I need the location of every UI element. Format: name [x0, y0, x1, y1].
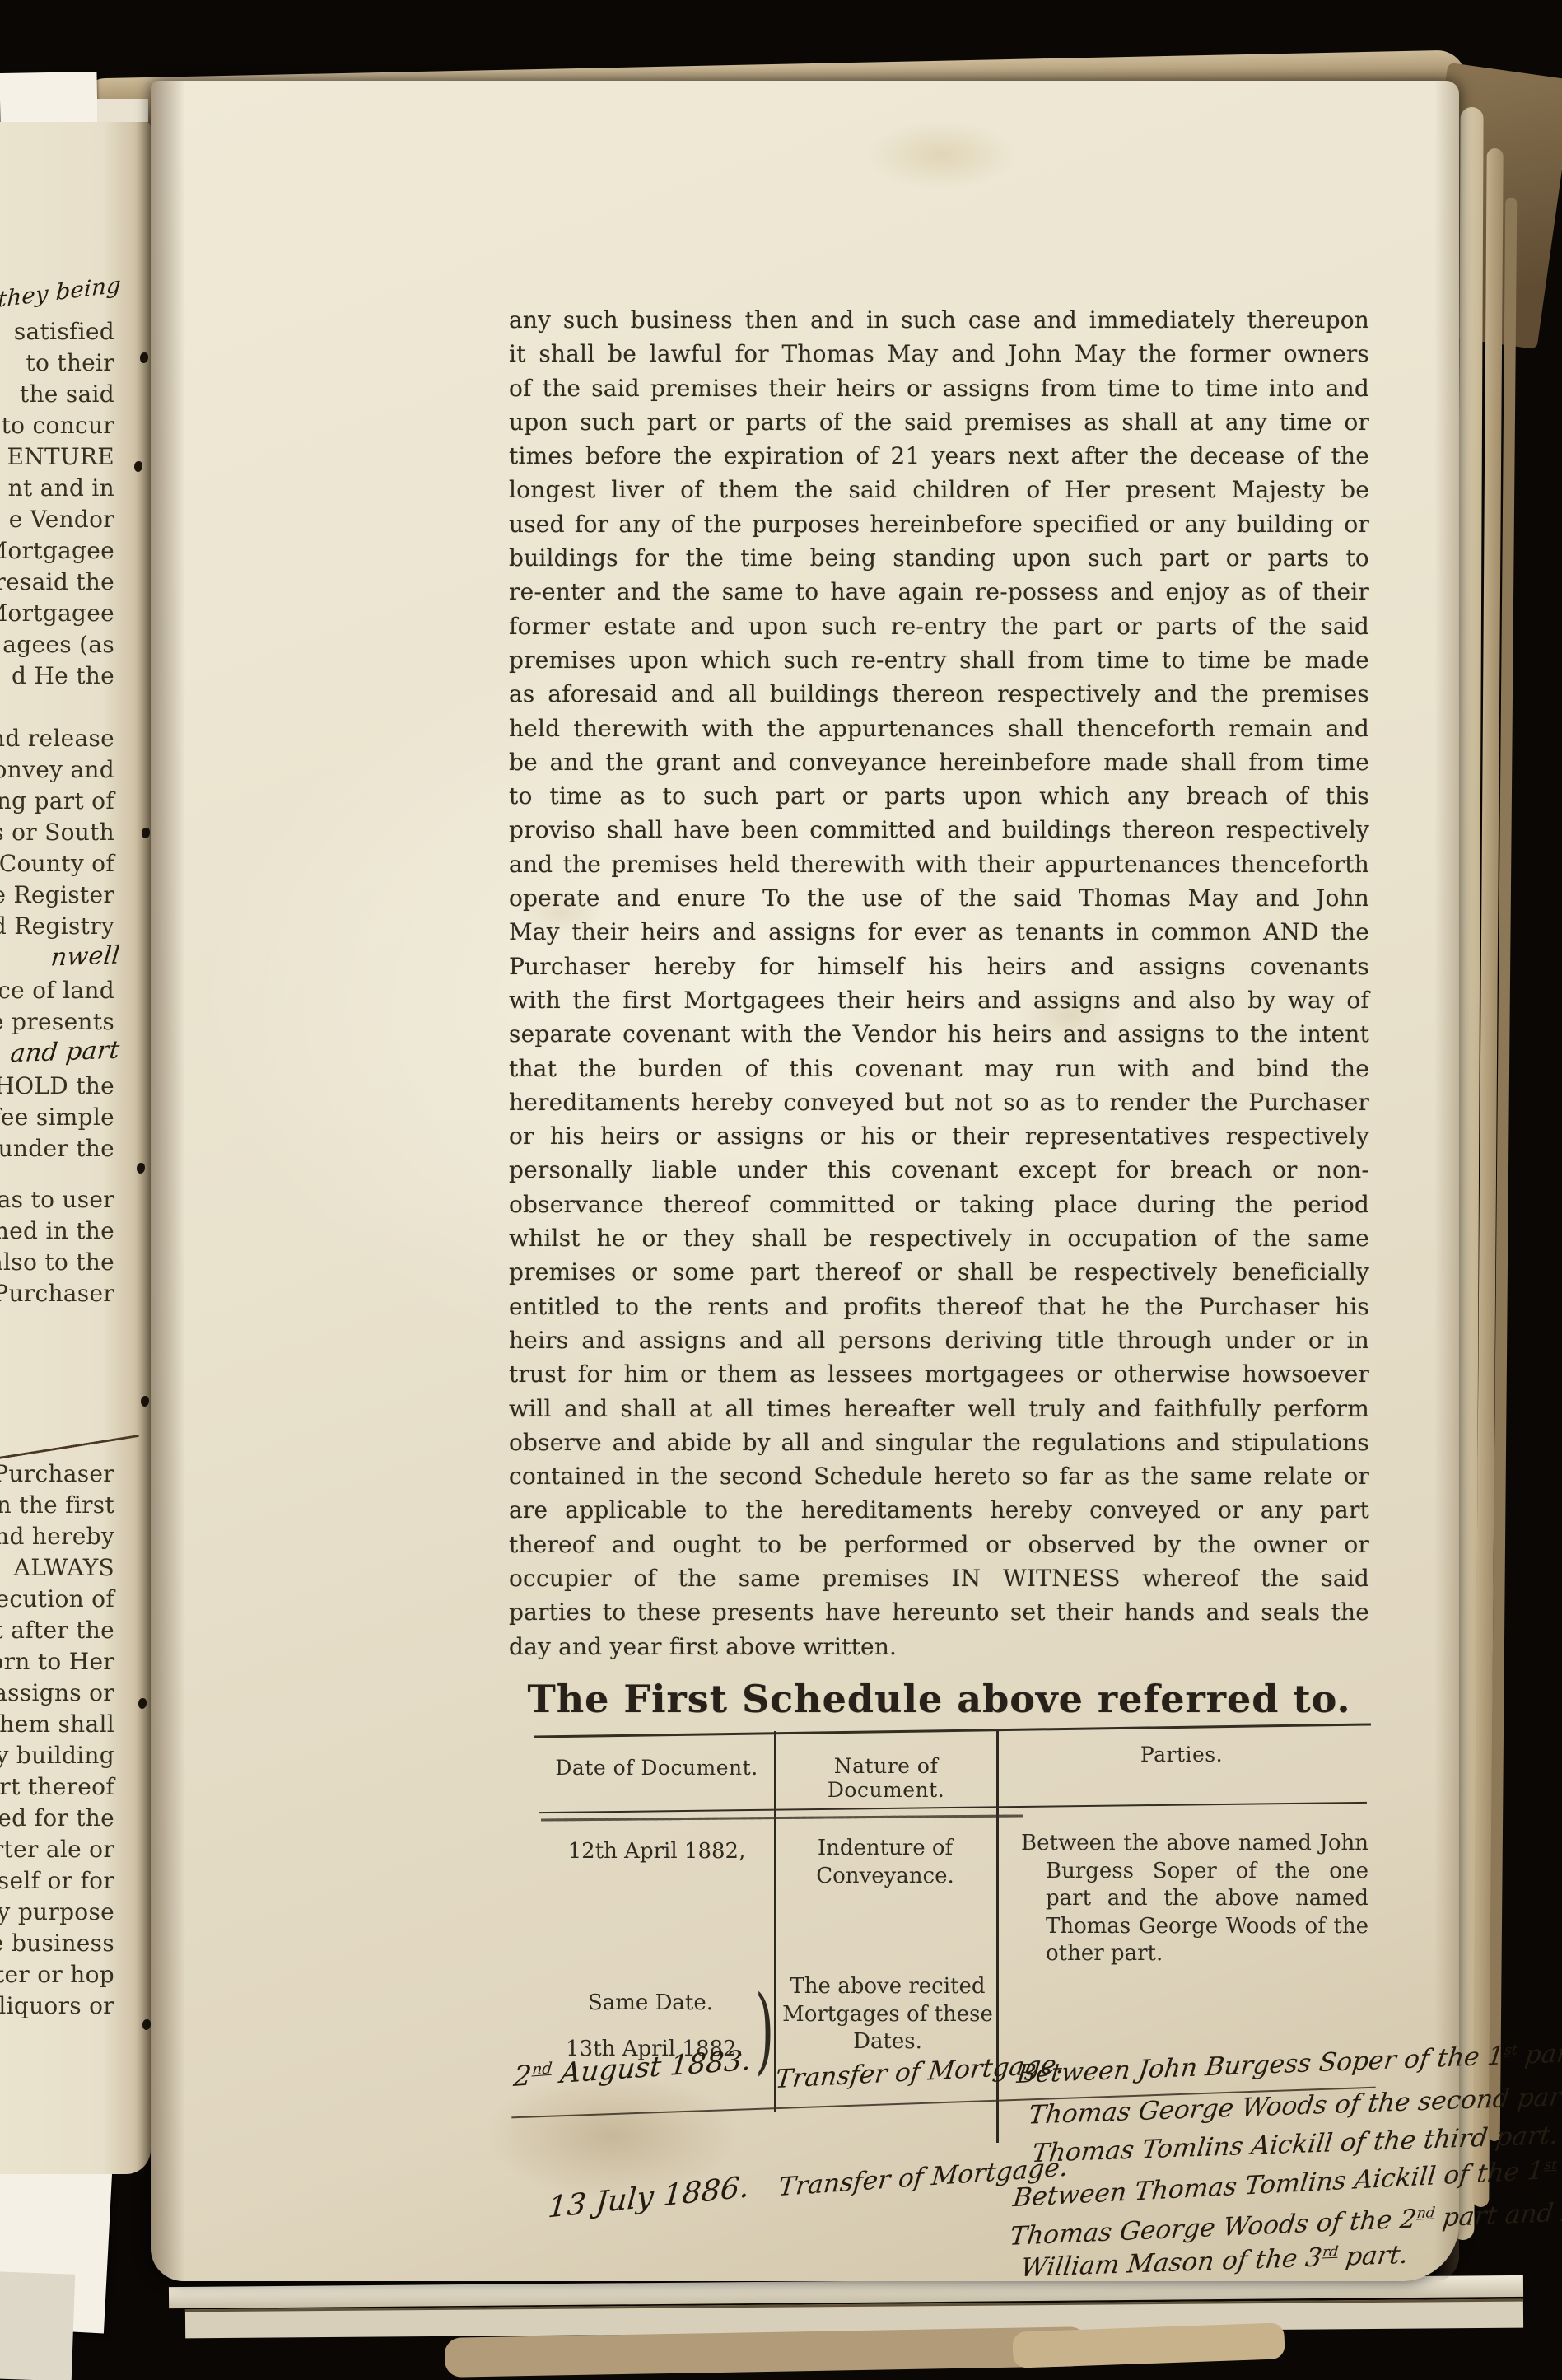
row1-date: 12th April 1882,: [539, 1838, 774, 1866]
body-text-line: former estate and upon such re-entry the…: [509, 609, 1369, 643]
left-page-text-fragment: ce of land: [0, 977, 114, 1004]
left-page-text-fragment: xt after the: [0, 1617, 114, 1644]
left-page-text-fragment: orter ale or: [0, 1836, 114, 1863]
handwritten-annotation: ies but they being: [0, 273, 122, 323]
left-page-text-fragment: fee simple: [0, 1104, 114, 1131]
pen-stroke: [0, 1435, 139, 1460]
left-page-text-fragment: xecution of: [0, 1585, 114, 1612]
body-text-line: be and the grant and conveyance hereinbe…: [509, 745, 1369, 779]
left-page-text-fragment: to their: [26, 349, 114, 376]
left-page-fragment: ies but they beingsatisfiedto theirthe s…: [0, 122, 151, 2174]
body-text-line: or his heirs or assigns or his or their …: [509, 1119, 1369, 1153]
left-page-text-fragment: resaid the: [0, 568, 114, 595]
body-text-line: trust for him or them as lessees mortgag…: [509, 1357, 1369, 1391]
left-page-text-fragment: nd hereby: [0, 1523, 114, 1550]
body-text-line: personally liable under this covenant ex…: [509, 1153, 1369, 1187]
column-header-parties: Parties.: [996, 1743, 1367, 1766]
column-header-nature: Nature of Document.: [776, 1754, 996, 1802]
left-page-text-fragment: County of: [0, 850, 114, 877]
body-text-line: will and shall at all times hereafter we…: [509, 1392, 1369, 1426]
left-page-text-fragment: n the first: [0, 1491, 114, 1519]
body-text-line: operate and enure To the use of the said…: [509, 881, 1369, 915]
body-text-line: separate covenant with the Vendor his he…: [509, 1017, 1369, 1051]
left-page-text-fragment: also to the: [0, 1248, 114, 1276]
body-text-line: premises or some part thereof or shall b…: [509, 1255, 1369, 1289]
table-rule-under-header: [539, 1802, 1367, 1813]
row2-date-line1: Same Date.: [539, 1990, 762, 2018]
left-page-text-fragment: onvey and: [0, 756, 114, 783]
left-page-text-fragment: Purchaser: [0, 1460, 114, 1487]
body-text-line: are applicable to the hereditaments here…: [509, 1493, 1369, 1527]
body-text-line: used for any of the purposes hereinbefor…: [509, 507, 1369, 541]
page-edge-shadow: [1434, 81, 1459, 2281]
body-text-line: hereditaments hereby conveyed but not so…: [509, 1085, 1369, 1119]
left-page-text-fragment: Mortgagee: [0, 600, 114, 627]
schedule-table: Date of Document. Nature of Document. Pa…: [539, 1729, 1367, 2280]
body-text-line: entitled to the rents and profits thereo…: [509, 1290, 1369, 1323]
body-text-line: May their heirs and assigns for ever as …: [509, 915, 1369, 949]
left-page-text-fragment: them shall: [0, 1710, 114, 1738]
left-page-text-fragment: the said: [20, 380, 114, 408]
left-page-text-fragment: nd release: [0, 725, 114, 752]
body-text-line: and the premises held therewith with the…: [509, 847, 1369, 881]
left-page-text-fragment: agees (as: [2, 631, 114, 658]
body-text-line: times before the expiration of 21 years …: [509, 439, 1369, 473]
body-text-line: it shall be lawful for Thomas May and Jo…: [509, 337, 1369, 371]
body-text-line: that the burden of this covenant may run…: [509, 1052, 1369, 1085]
left-page-text-fragment: d He the: [12, 662, 114, 689]
body-text-line: contained in the second Schedule hereto …: [509, 1459, 1369, 1493]
left-page-text-fragment: ster or hop: [0, 1961, 114, 1988]
date-brace: ): [755, 1976, 774, 2084]
row4-date-handwritten: 13 July 1886.: [547, 2171, 750, 2225]
left-page-text-fragment: e presents: [0, 1008, 114, 1035]
body-text-line: as aforesaid and all buildings thereon r…: [509, 677, 1369, 711]
table-rule-top: [534, 1723, 1371, 1738]
body-text-line: re-enter and the same to have again re-p…: [509, 575, 1369, 609]
left-page-text-fragment: under the: [0, 1135, 114, 1162]
left-page-text-fragment: e Purchaser: [0, 1280, 114, 1307]
body-text-line: heirs and assigns and all persons derivi…: [509, 1323, 1369, 1357]
left-page-text-fragment: r assigns or: [0, 1679, 114, 1706]
schedule-heading: The First Schedule above referred to.: [509, 1677, 1369, 1721]
left-page-text-fragment: orn to Her: [0, 1648, 114, 1675]
body-text-line: observance thereof committed or taking p…: [509, 1188, 1369, 1221]
body-text-line: day and year first above written.: [509, 1630, 1369, 1664]
row2-nature: The above recited Mortgages of these Dat…: [780, 1973, 995, 2056]
body-text-line: proviso shall have been committed and bu…: [509, 813, 1369, 847]
left-page-text-fragment: to concur: [2, 412, 114, 439]
left-page-text-fragment: he business: [0, 1930, 114, 1957]
gutter-shadow: [151, 81, 185, 2281]
left-page-text-fragment: part thereof: [0, 1773, 114, 1800]
paper-scrap-top-left-small: [97, 99, 148, 122]
table-rule-under-header-dashed: [541, 1814, 1023, 1821]
left-page-text-fragment: ng part of: [0, 787, 114, 814]
left-page-text-fragment: ny purpose: [0, 1898, 114, 1925]
paper-scrap-top-left: [0, 72, 98, 126]
body-text-line: held therewith with the appurtenances sh…: [509, 712, 1369, 745]
left-page-text-fragment: ny building: [0, 1742, 114, 1769]
body-text-line: longest liver of them the said children …: [509, 473, 1369, 506]
body-text-line: thereof and ought to be performed or obs…: [509, 1528, 1369, 1561]
body-text-line: observe and abide by all and singular th…: [509, 1426, 1369, 1459]
row1-parties: Between the above named John Burgess Sop…: [1021, 1830, 1368, 1968]
left-page-text-fragment: as to user: [0, 1186, 114, 1213]
left-page-text-fragment: itself or for: [0, 1867, 114, 1894]
left-page-text-fragment: ined in the: [0, 1217, 114, 1244]
paper-scrap-bottom-left-small: [0, 2271, 75, 2380]
deed-body-text: any such business then and in such case …: [509, 303, 1369, 1664]
body-text-line: upon such part or parts of the said prem…: [509, 405, 1369, 439]
row1-nature: Indenture of Conveyance.: [786, 1835, 984, 1890]
column-header-date: Date of Document.: [539, 1756, 774, 1780]
left-page-text-fragment: e Vendor: [9, 506, 114, 533]
left-page-text-fragment: sed for the: [0, 1804, 114, 1832]
left-page-text-fragment: ENTURE: [7, 443, 114, 470]
body-text-line: with the first Mortgagees their heirs an…: [509, 983, 1369, 1017]
body-text-line: buildings for the time being standing up…: [509, 541, 1369, 575]
body-text-line: Purchaser hereby for himself his heirs a…: [509, 950, 1369, 983]
body-text-line: whilst he or they shall be respectively …: [509, 1221, 1369, 1255]
handwritten-annotation: nwell: [49, 941, 122, 973]
left-page-text-fragment: s or South: [0, 819, 114, 846]
body-text-line: of the said premises their heirs or assi…: [509, 371, 1369, 405]
body-text-line: parties to these presents have hereunto …: [509, 1595, 1369, 1629]
body-text-line: premises upon which such re-entry shall …: [509, 643, 1369, 677]
handwritten-annotation: and part: [9, 1036, 121, 1069]
scanned-book-photo: ies but they beingsatisfiedto theirthe s…: [0, 0, 1562, 2380]
left-page-text-fragment: d Registry: [0, 912, 114, 940]
body-text-line: to time as to such part or parts upon wh…: [509, 779, 1369, 813]
left-page-text-fragment: HOLD the: [0, 1072, 114, 1099]
left-page-text-fragment: s liquors or: [0, 1992, 114, 2019]
left-page-text-fragment: Mortgagee: [0, 537, 114, 564]
left-page-text-fragment: ALWAYS: [14, 1554, 114, 1581]
left-page-text-fragment: e Register: [0, 881, 114, 908]
body-text-line: any such business then and in such case …: [509, 303, 1369, 337]
left-page-text-fragment: satisfied: [14, 318, 114, 345]
document-page: any such business then and in such case …: [151, 81, 1459, 2281]
body-text-line: occupier of the same premises IN WITNESS…: [509, 1561, 1369, 1595]
left-page-text-fragment: nt and in: [8, 474, 114, 502]
